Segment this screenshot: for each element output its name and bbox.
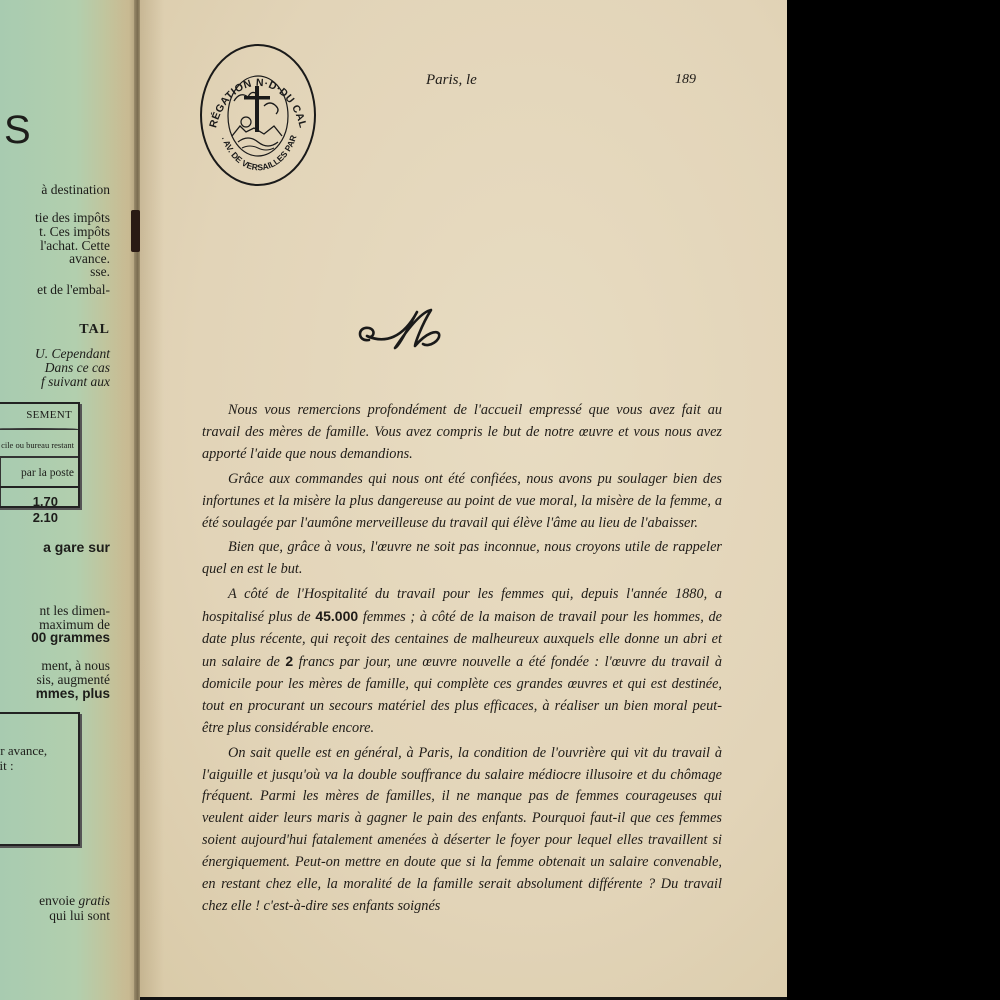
left-page-green: S à destination tie des impôts t. Ces im… [0, 0, 138, 1000]
left-text-line: tie des impôts [35, 210, 110, 225]
highlight-number: 45.000 [315, 608, 358, 624]
script-m-icon: M [355, 290, 465, 360]
left-text-line: à destination [41, 182, 110, 197]
box-text-line: suit : [0, 759, 14, 773]
box-text-line: par avance, [0, 744, 47, 758]
left-text-span: envoie [39, 893, 78, 908]
book-spread: S à destination tie des impôts t. Ces im… [0, 0, 1000, 1000]
left-text-line: envoie gratis [39, 893, 110, 908]
table-divider [0, 456, 78, 458]
left-italic-line: U. Cependant [35, 346, 110, 361]
paragraph: A côté de l'Hospitalité du travail pour … [202, 584, 722, 739]
left-text-line: mmes, plus [36, 686, 110, 701]
highlight-number: 2 [285, 653, 293, 669]
left-text-line: sse. [90, 264, 110, 279]
salutation-text: M [355, 290, 356, 291]
paragraph: Nous vous remercions profondément de l'a… [202, 400, 722, 466]
table-divider [0, 486, 78, 488]
table-divider [0, 428, 78, 430]
left-text-line: ment, à nous [41, 658, 110, 673]
congregation-stamp: CONGRÉGATION N·D·DU CALVAIRE 52. AV. DE … [200, 44, 316, 186]
letter-page: CONGRÉGATION N·D·DU CALVAIRE 52. AV. DE … [140, 0, 787, 997]
left-heading-fragment: S [4, 110, 31, 150]
left-italic-line: Dans ce cas [45, 360, 110, 375]
table-subheader: cile ou bureau restant [1, 440, 74, 450]
left-italic-span: gratis [78, 893, 110, 908]
left-text-line: 00 grammes [31, 630, 110, 645]
dateline-year: 189 [675, 72, 696, 88]
left-text-line: a gare sur [43, 540, 110, 555]
rates-box: par avance, suit : 5 0 5 0 5 [0, 712, 80, 846]
paragraph: Bien que, grâce à vous, l'œuvre ne soit … [202, 537, 722, 581]
binding-thread [131, 210, 140, 252]
table-column-divider [0, 456, 1, 506]
table-header: SEMENT [26, 409, 72, 421]
left-text-line: t. Ces impôts [39, 224, 110, 239]
left-text-line: qui lui sont [49, 908, 110, 923]
left-italic-line: f suivant aux [41, 374, 110, 389]
table-value: 2.10 [33, 510, 58, 525]
stamp-seal-icon: CONGRÉGATION N·D·DU CALVAIRE 52. AV. DE … [202, 46, 314, 184]
salutation-monogram: M [355, 290, 465, 360]
dateline-place: Paris, le [426, 72, 477, 89]
left-text-line: et de l'embal- [37, 282, 110, 297]
letter-body: Nous vous remercions profondément de l'a… [202, 400, 722, 921]
left-section-heading: TAL [79, 322, 110, 337]
table-value: 1.70 [33, 494, 58, 509]
gutter-shadow [140, 0, 164, 997]
left-text-line: sis, augmenté [37, 672, 111, 687]
paragraph: On sait quelle est en général, à Paris, … [202, 743, 722, 918]
table-column-label: par la poste [21, 467, 74, 479]
left-text-line: nt les dimen- [40, 603, 111, 618]
postage-table: SEMENT cile ou bureau restant par la pos… [0, 402, 80, 508]
paragraph: Grâce aux commandes qui nous ont été con… [202, 469, 722, 535]
